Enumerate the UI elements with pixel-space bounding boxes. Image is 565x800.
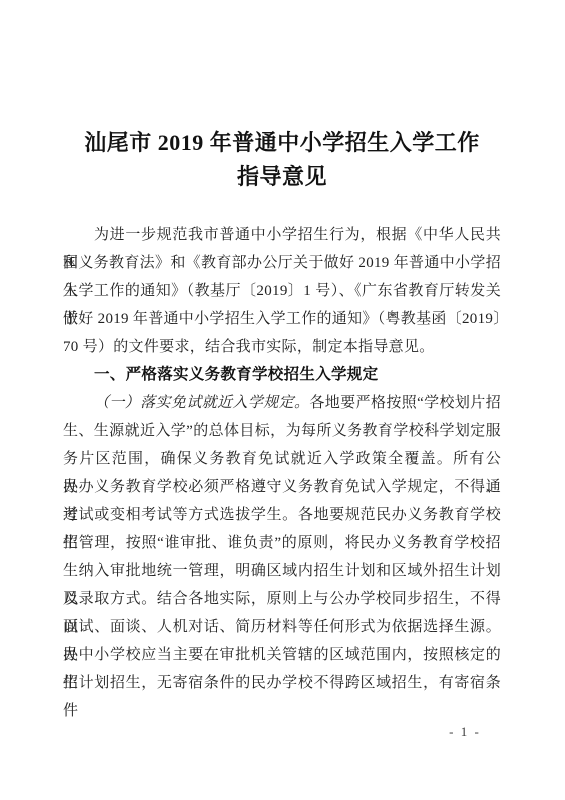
body-text-line: 务片区范围，确保义务教育免试就近入学政策全覆盖。所有公办、 <box>63 445 501 473</box>
body-text-line: 考试或变相考试等方式选拔学生。各地要规范民办义务教育学校招 <box>63 501 501 529</box>
body-text-line: 入学工作的通知》（教基厅〔2019〕1 号）、《广东省教育厅转发关于 <box>63 277 501 305</box>
clause-text: 各地要严格按照“学校划片招 <box>309 395 501 411</box>
body-text-line: （一）落实免试就近入学规定。各地要严格按照“学校划片招 <box>63 389 501 417</box>
document-body: 为进一步规范我市普通中小学招生行为，根据《中华人民共和国义务教育法》和《教育部办… <box>63 221 501 697</box>
document-title-line-1: 汕尾市 2019 年普通中小学招生入学工作 <box>63 126 501 160</box>
page-number: - 1 - <box>430 724 500 740</box>
body-text-line: 为进一步规范我市普通中小学招生行为，根据《中华人民共和 <box>63 221 501 249</box>
body-text-line: 及录取方式。结合各地实际，原则上与公办学校同步招生，不得以 <box>63 585 501 613</box>
document-title: 汕尾市 2019 年普通中小学招生入学工作 指导意见 <box>63 126 501 194</box>
section-heading: 一、严格落实义务教育学校招生入学规定 <box>63 361 501 389</box>
body-text-line: 70 号）的文件要求，结合我市实际，制定本指导意见。 <box>63 333 501 361</box>
body-text-line: 生、生源就近入学”的总体目标，为每所义务教育学校科学划定服 <box>63 417 501 445</box>
body-text-line: 办中小学校应当主要在审批机关管辖的区域范围内，按照核定的招 <box>63 641 501 669</box>
body-text-line: 做好 2019 年普通中小学招生入学工作的通知》（粤教基函〔2019〕 <box>63 305 501 333</box>
body-text-line: 民办义务教育学校必须严格遵守义务教育免试入学规定，不得通过 <box>63 473 501 501</box>
body-text-line: 生管理，按照“谁审批、谁负责”的原则，将民办义务教育学校招 <box>63 529 501 557</box>
body-text-line: 面试、面谈、人机对话、简历材料等任何形式为依据选择生源。民 <box>63 613 501 641</box>
document-page: 汕尾市 2019 年普通中小学招生入学工作 指导意见 为进一步规范我市普通中小学… <box>0 0 565 800</box>
body-text-line: 生计划招生，无寄宿条件的民办学校不得跨区域招生，有寄宿条件 <box>63 669 501 697</box>
body-text-line: 国义务教育法》和《教育部办公厅关于做好 2019 年普通中小学招生 <box>63 249 501 277</box>
document-title-line-2: 指导意见 <box>63 160 501 194</box>
body-text-line: 生纳入审批地统一管理，明确区域内招生计划和区域外招生计划以 <box>63 557 501 585</box>
clause-title: （一）落实免试就近入学规定。 <box>94 395 309 411</box>
